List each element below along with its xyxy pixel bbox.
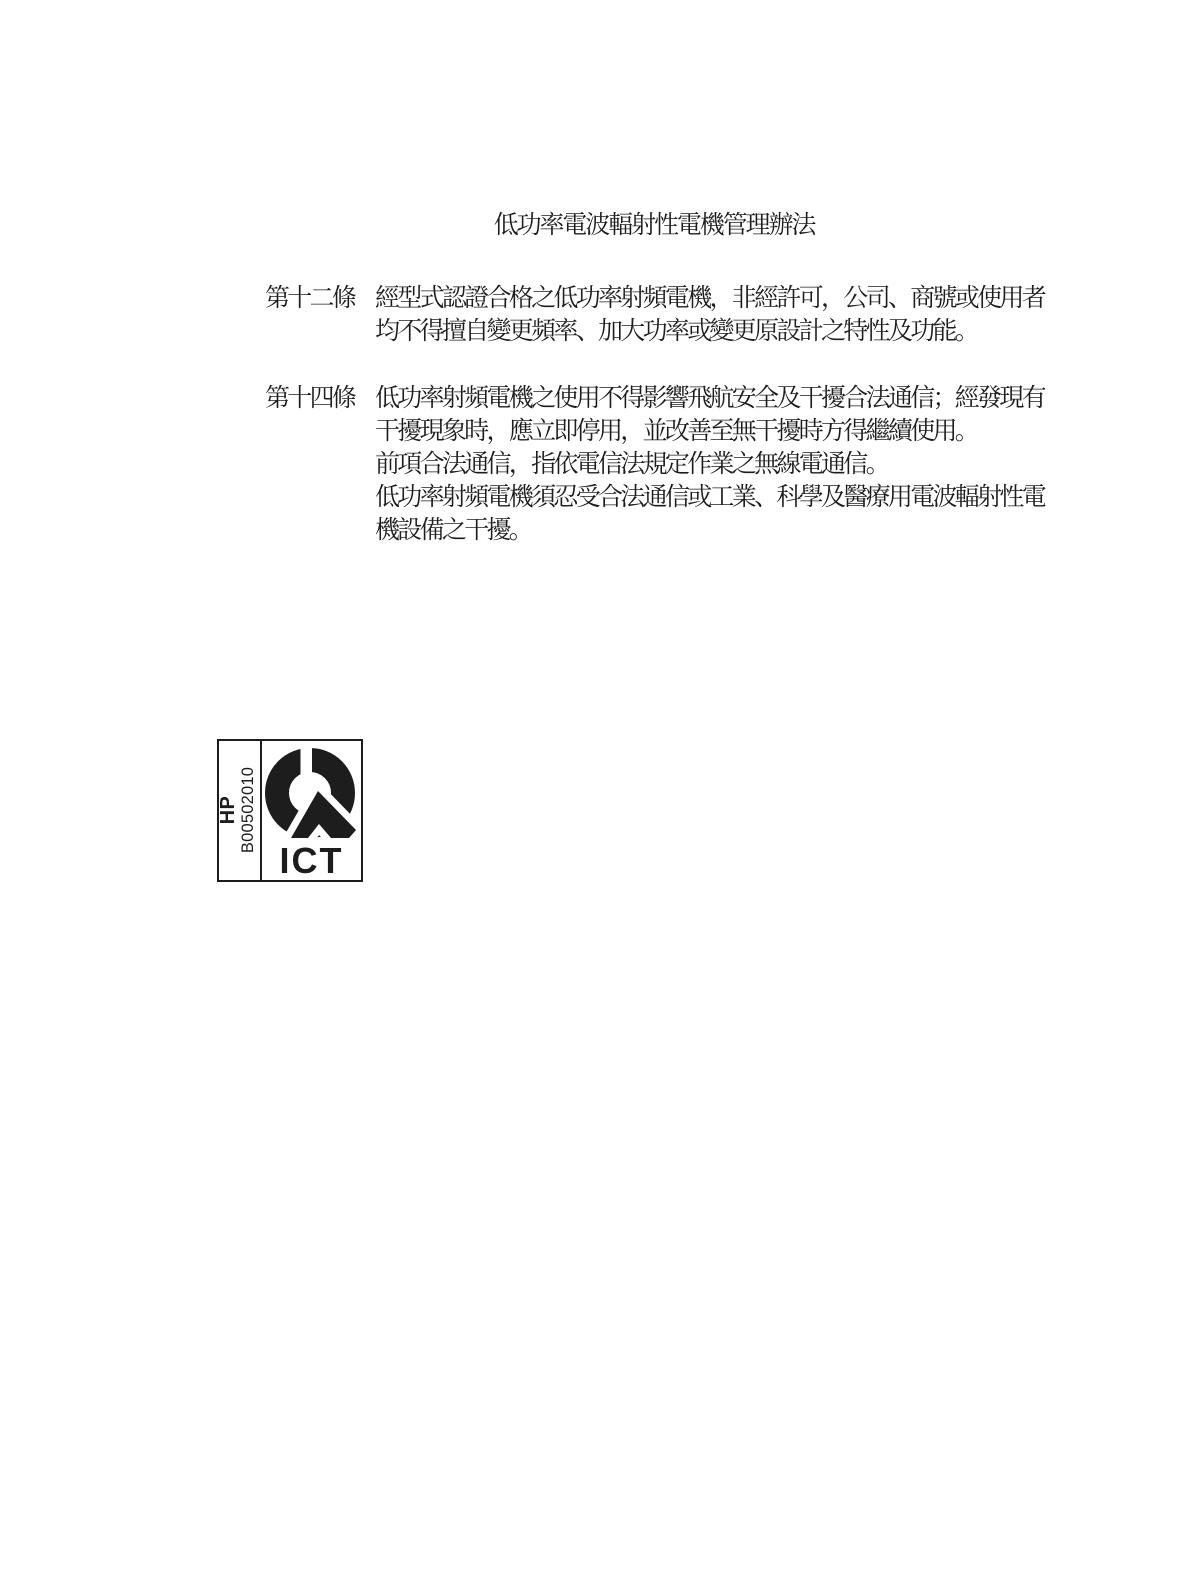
article-12-label: 第十二條 xyxy=(265,282,354,315)
document-page: 低功率電波輻射性電機管理辦法 第十二條 經型式認證合格之低功率射頻電機，非經許可… xyxy=(0,0,1190,1584)
article-14-label: 第十四條 xyxy=(265,382,354,415)
article-12: 第十二條 經型式認證合格之低功率射頻電機，非經許可，公司、商號或使用者 均不得擅… xyxy=(265,282,1043,348)
article-14: 第十四條 低功率射頻電機之使用不得影響飛航安全及干擾合法通信；經發現有 干擾現象… xyxy=(265,382,1043,547)
article-12-body: 經型式認證合格之低功率射頻電機，非經許可，公司、商號或使用者 均不得擅自變更頻率… xyxy=(375,282,1043,348)
certification-mark-cell: ICT xyxy=(262,741,361,880)
article-14-line: 低功率射頻電機之使用不得影響飛航安全及干擾合法通信；經發現有 xyxy=(375,382,1043,415)
dgt-certification-mark-icon xyxy=(261,743,361,843)
page-title: 低功率電波輻射性電機管理辦法 xyxy=(265,209,1043,242)
article-12-line: 經型式認證合格之低功率射頻電機，非經許可，公司、商號或使用者 xyxy=(375,282,1043,315)
article-14-line: 機設備之干擾。 xyxy=(375,514,1043,547)
article-14-body: 低功率射頻電機之使用不得影響飛航安全及干擾合法通信；經發現有 干擾現象時，應立即… xyxy=(375,382,1043,547)
certification-id-cell: HP B00502010 xyxy=(219,741,262,880)
article-14-line: 干擾現象時，應立即停用，並改善至無干擾時方得繼續使用。 xyxy=(375,415,1043,448)
certification-mark-label: ICT xyxy=(262,843,361,879)
article-14-line: 低功率射頻電機須忍受合法通信或工業、科學及醫療用電波輻射性電 xyxy=(375,481,1043,514)
certification-number: B00502010 xyxy=(239,740,257,880)
certification-label-box: HP B00502010 ICT xyxy=(217,739,363,882)
regulation-text-block: 低功率電波輻射性電機管理辦法 第十二條 經型式認證合格之低功率射頻電機，非經許可… xyxy=(265,209,1043,581)
certification-id-rotated-text: HP B00502010 xyxy=(218,740,262,880)
article-14-line: 前項合法通信，指依電信法規定作業之無線電通信。 xyxy=(375,448,1043,481)
certification-vendor: HP xyxy=(218,740,239,880)
article-12-line: 均不得擅自變更頻率、加大功率或變更原設計之特性及功能。 xyxy=(375,315,1043,348)
